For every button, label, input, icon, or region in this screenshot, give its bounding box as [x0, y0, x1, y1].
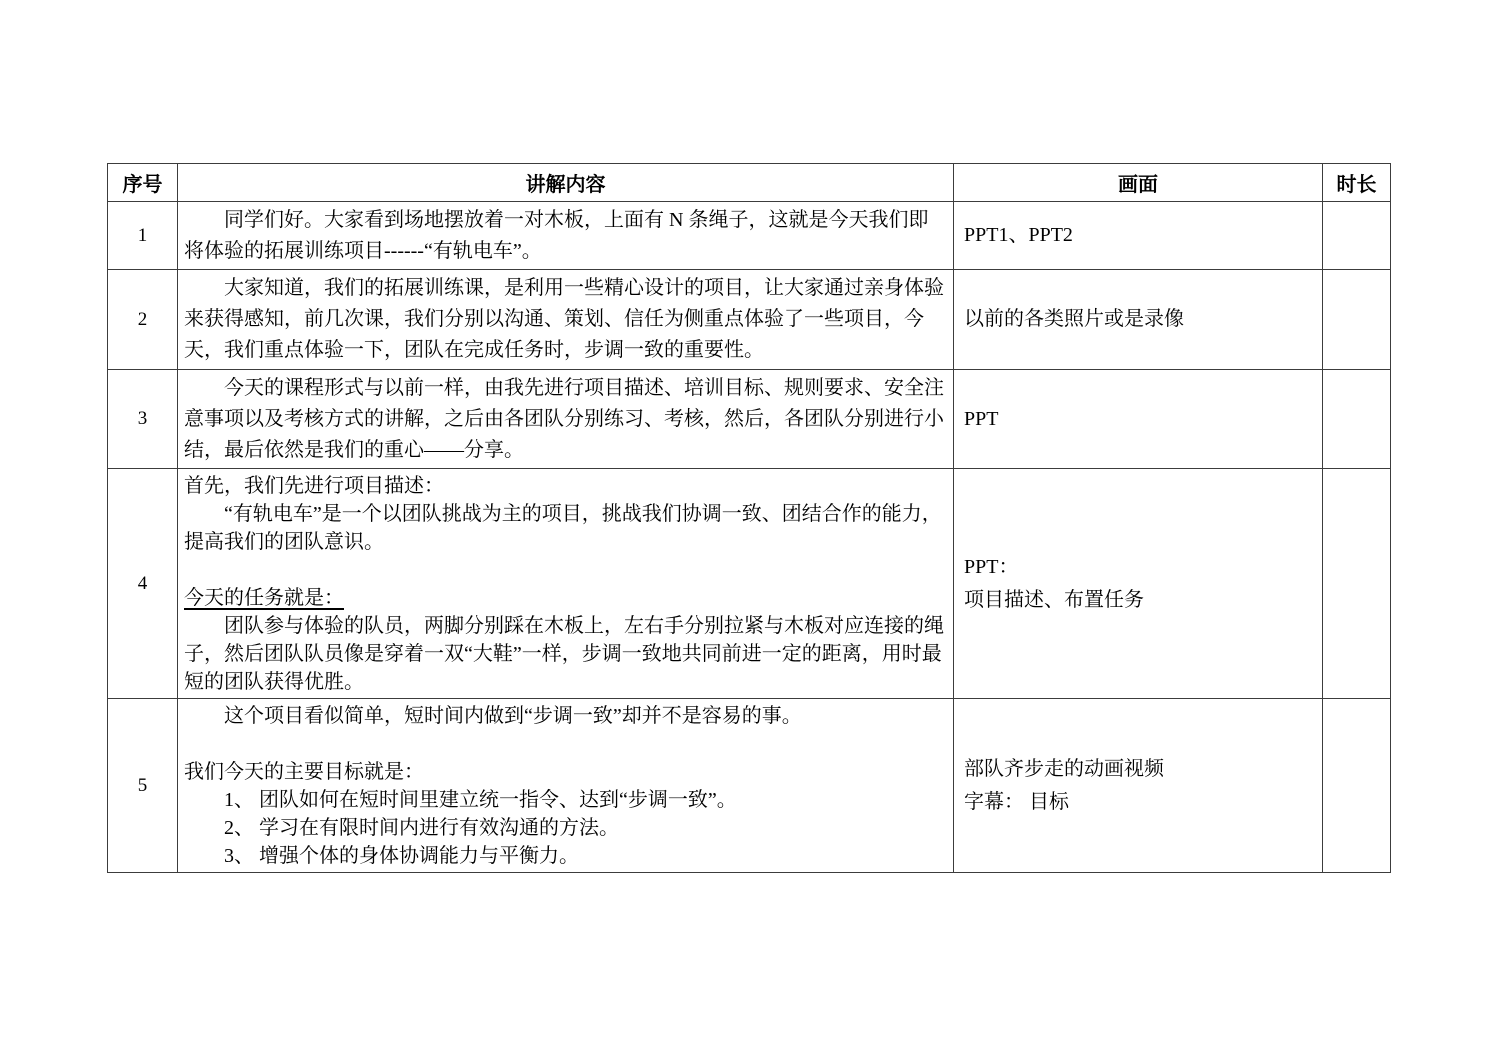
sequence-number-cell: 1 [108, 202, 178, 270]
sequence-number-cell: 2 [108, 270, 178, 370]
script-paragraph: 同学们好。大家看到场地摆放着一对木板，上面有 N 条绳子，这就是今天我们即将体验… [184, 205, 945, 267]
screen-note-cell: PPT：项目描述、布置任务 [954, 469, 1323, 699]
script-paragraph: 团队参与体验的队员，两脚分别踩在木板上，左右手分别拉紧与木板对应连接的绳子，然后… [184, 612, 945, 696]
header-explanation-content: 讲解内容 [178, 164, 954, 202]
duration-cell [1323, 370, 1391, 469]
table-header-row: 序号 讲解内容 画面 时长 [108, 164, 1391, 202]
script-paragraph: 1、 团队如何在短时间里建立统一指令、达到“步调一致”。 [184, 786, 945, 814]
sequence-number-cell: 3 [108, 370, 178, 469]
sequence-number-cell: 5 [108, 699, 178, 873]
duration-cell [1323, 699, 1391, 873]
script-paragraph: 今天的任务就是： [184, 584, 945, 612]
explanation-content-cell: 同学们好。大家看到场地摆放着一对木板，上面有 N 条绳子，这就是今天我们即将体验… [178, 202, 954, 270]
lesson-script-table: 序号 讲解内容 画面 时长 1 同学们好。大家看到场地摆放着一对木板，上面有 N… [107, 163, 1391, 873]
screen-note-cell: 部队齐步走的动画视频字幕： 目标 [954, 699, 1323, 873]
screen-note-line: PPT1、PPT2 [964, 219, 1316, 252]
table-row: 3 今天的课程形式与以前一样，由我先进行项目描述、培训目标、规则要求、安全注意事… [108, 370, 1391, 469]
duration-cell [1323, 202, 1391, 270]
table-row: 4 首先，我们先进行项目描述：“有轨电车”是一个以团队挑战为主的项目，挑战我们协… [108, 469, 1391, 699]
table-row: 1 同学们好。大家看到场地摆放着一对木板，上面有 N 条绳子，这就是今天我们即将… [108, 202, 1391, 270]
script-paragraph: 这个项目看似简单，短时间内做到“步调一致”却并不是容易的事。 [184, 702, 945, 730]
duration-cell [1323, 270, 1391, 370]
table-row: 2 大家知道，我们的拓展训练课，是利用一些精心设计的项目，让大家通过亲身体验来获… [108, 270, 1391, 370]
script-paragraph: 大家知道，我们的拓展训练课，是利用一些精心设计的项目，让大家通过亲身体验来获得感… [184, 273, 945, 366]
screen-note-line: 项目描述、布置任务 [964, 584, 1316, 617]
screen-note-cell: PPT1、PPT2 [954, 202, 1323, 270]
sequence-number-cell: 4 [108, 469, 178, 699]
explanation-content-cell: 大家知道，我们的拓展训练课，是利用一些精心设计的项目，让大家通过亲身体验来获得感… [178, 270, 954, 370]
script-paragraph: 今天的课程形式与以前一样，由我先进行项目描述、培训目标、规则要求、安全注意事项以… [184, 373, 945, 466]
explanation-content-cell: 今天的课程形式与以前一样，由我先进行项目描述、培训目标、规则要求、安全注意事项以… [178, 370, 954, 469]
table-row: 5 这个项目看似简单，短时间内做到“步调一致”却并不是容易的事。 我们今天的主要… [108, 699, 1391, 873]
explanation-content-cell: 这个项目看似简单，短时间内做到“步调一致”却并不是容易的事。 我们今天的主要目标… [178, 699, 954, 873]
screen-note-line: PPT： [964, 551, 1316, 584]
explanation-content-cell: 首先，我们先进行项目描述：“有轨电车”是一个以团队挑战为主的项目，挑战我们协调一… [178, 469, 954, 699]
script-paragraph: “有轨电车”是一个以团队挑战为主的项目，挑战我们协调一致、团结合作的能力，提高我… [184, 500, 945, 556]
screen-note-line: 以前的各类照片或是录像 [964, 303, 1316, 336]
screen-note-cell: PPT [954, 370, 1323, 469]
underlined-text: 今天的任务就是： [184, 587, 344, 609]
blank-line [184, 556, 945, 584]
header-sequence-number: 序号 [108, 164, 178, 202]
screen-note-line: 字幕： 目标 [964, 786, 1316, 819]
document-page: 序号 讲解内容 画面 时长 1 同学们好。大家看到场地摆放着一对木板，上面有 N… [0, 0, 1497, 1059]
table-body: 1 同学们好。大家看到场地摆放着一对木板，上面有 N 条绳子，这就是今天我们即将… [108, 202, 1391, 873]
header-duration: 时长 [1323, 164, 1391, 202]
duration-cell [1323, 469, 1391, 699]
header-screen: 画面 [954, 164, 1323, 202]
script-paragraph: 2、 学习在有限时间内进行有效沟通的方法。 [184, 814, 945, 842]
script-paragraph: 3、 增强个体的身体协调能力与平衡力。 [184, 842, 945, 870]
blank-line [184, 730, 945, 758]
screen-note-line: PPT [964, 403, 1316, 436]
screen-note-line: 部队齐步走的动画视频 [964, 753, 1316, 786]
screen-note-cell: 以前的各类照片或是录像 [954, 270, 1323, 370]
script-paragraph: 我们今天的主要目标就是： [184, 758, 945, 786]
script-paragraph: 首先，我们先进行项目描述： [184, 472, 945, 500]
